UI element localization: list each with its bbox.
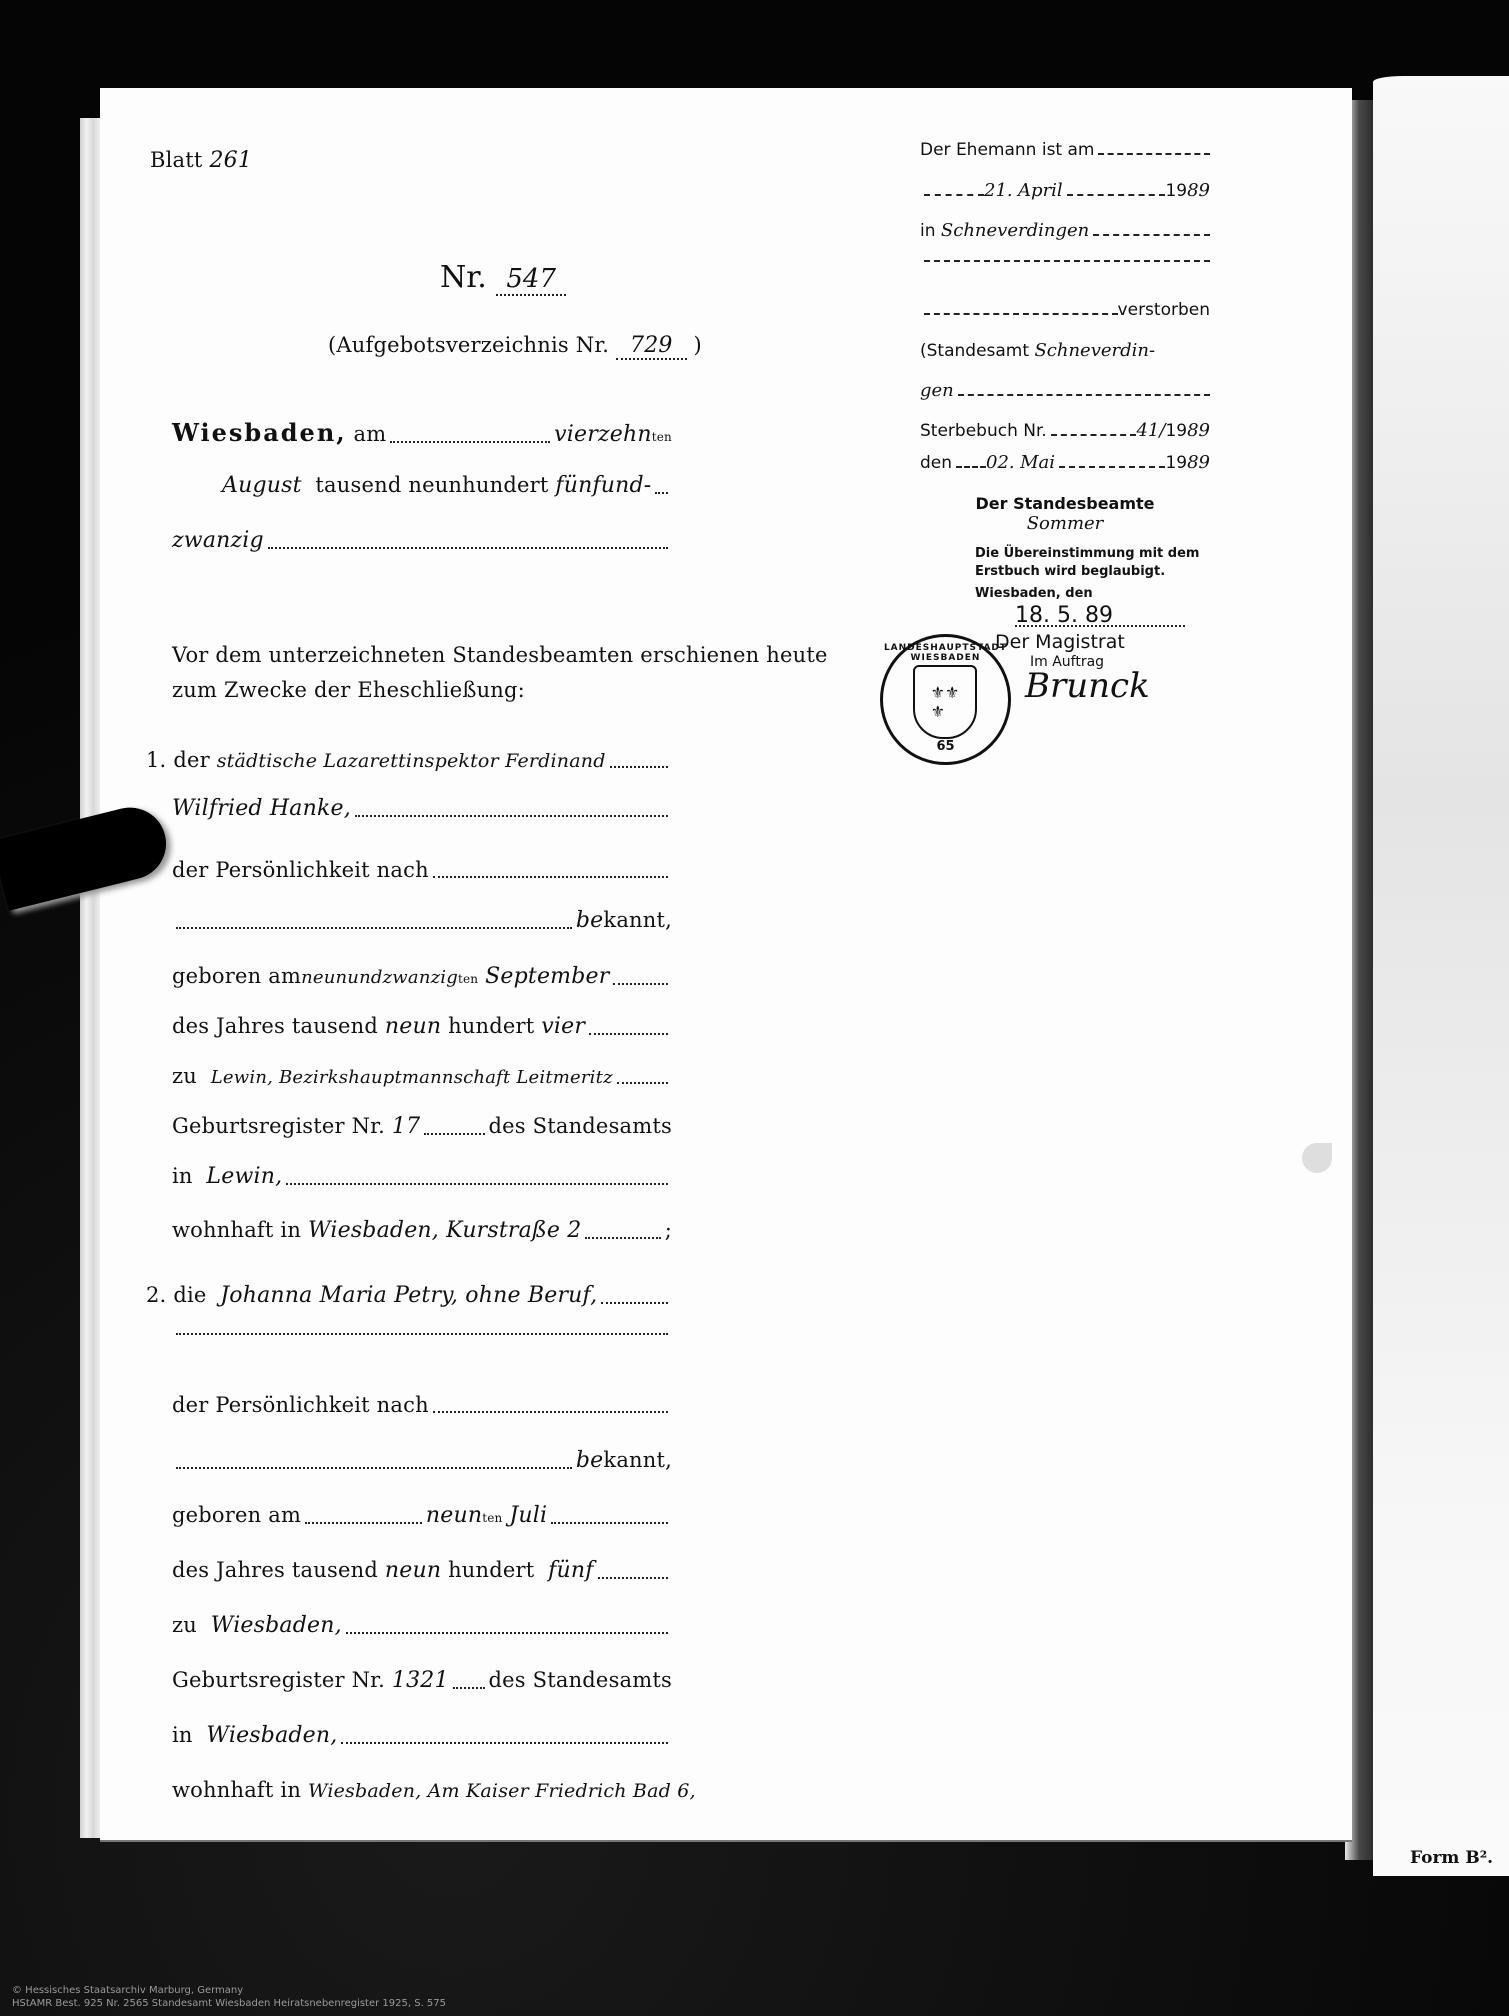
annotation-place-line: in Schneverdingen bbox=[920, 220, 1210, 260]
dotted-line bbox=[655, 492, 668, 494]
bride-number: 2. bbox=[146, 1283, 166, 1307]
dotted-line bbox=[433, 876, 668, 878]
year-prefix: 19 bbox=[1165, 181, 1187, 201]
year-value: vier bbox=[541, 1014, 585, 1039]
aufgebot-prefix: (Aufgebotsverzeichnis Nr. bbox=[328, 333, 609, 357]
dotted-line bbox=[453, 1687, 485, 1689]
blatt-line: Blatt 261 bbox=[150, 148, 252, 173]
groom-known-line: be kannt, bbox=[172, 908, 672, 933]
groom-personality-line: der Persönlichkeit nach bbox=[172, 858, 672, 882]
dotted-line bbox=[1059, 466, 1165, 468]
date-line-1: Wiesbaden, am vierzehn ten bbox=[172, 418, 672, 447]
ten-suffix: ten bbox=[458, 972, 478, 986]
bride-year-line: des Jahres tausend neun hundert fünf bbox=[172, 1558, 672, 1583]
archive-footer: © Hessisches Staatsarchiv Marburg, Germa… bbox=[12, 1984, 446, 2010]
facing-page bbox=[1373, 76, 1509, 1876]
official-title: Der Standesbeamte bbox=[920, 494, 1210, 513]
bride-office-line: in Wiesbaden, bbox=[172, 1723, 672, 1748]
office-place: Lewin, bbox=[206, 1164, 282, 1189]
annotation-den-line: den 02. Mai 1989 bbox=[920, 452, 1210, 486]
intro-line-2: zum Zwecke der Eheschließung: bbox=[172, 678, 525, 702]
death-month: April bbox=[1018, 180, 1063, 201]
bride-line-2 bbox=[172, 1333, 672, 1339]
sterbebuch-year: 89 bbox=[1187, 420, 1210, 441]
dotted-line bbox=[589, 1033, 668, 1035]
ten-suffix: ten bbox=[652, 430, 672, 444]
dotted-line bbox=[176, 927, 572, 929]
official-signature: Sommer bbox=[920, 513, 1210, 534]
dotted-line bbox=[1067, 194, 1166, 196]
year-prefix: 19 bbox=[1165, 421, 1187, 441]
personality-label: der Persönlichkeit nach bbox=[172, 1393, 429, 1417]
groom-line-2: Wilfried Hanke, bbox=[172, 796, 672, 821]
birthplace: Lewin, Bezirkshauptmannschaft Leitmeritz bbox=[211, 1067, 613, 1088]
certification-line-3: Wiesbaden, den bbox=[975, 585, 1205, 603]
day-written: vierzehn bbox=[554, 422, 652, 447]
certification-date: 18. 5. 89 bbox=[1015, 607, 1185, 627]
leaf-stain bbox=[1302, 1143, 1332, 1173]
bride-birthplace-line: zu Wiesbaden, bbox=[172, 1613, 672, 1638]
note-day: 02. bbox=[986, 452, 1015, 473]
dotted-line bbox=[176, 1333, 668, 1335]
groom-description-2: Wilfried Hanke, bbox=[172, 796, 351, 821]
certification-block: Die Übereinstimmung mit dem Erstbuch wir… bbox=[975, 545, 1205, 695]
register-label: Geburtsregister Nr. bbox=[172, 1668, 385, 1692]
place-name: Wiesbaden, bbox=[172, 418, 347, 447]
born-label: geboren am bbox=[172, 1503, 301, 1527]
intro-line-1: Vor dem unterzeichneten Standesbeamten e… bbox=[172, 643, 828, 667]
copyright-line: © Hessisches Staatsarchiv Marburg, Germa… bbox=[12, 1984, 446, 1997]
date-line-2: August tausend neunhundert fünfund- bbox=[172, 473, 672, 498]
annotation-office-line: (Standesamt Schneverdin- bbox=[920, 340, 1210, 380]
personality-label: der Persönlichkeit nach bbox=[172, 858, 429, 882]
aufgebot-line: (Aufgebotsverzeichnis Nr. 729 ) bbox=[328, 333, 702, 360]
birthplace: Wiesbaden, bbox=[211, 1613, 342, 1638]
known-prefix: be bbox=[576, 1448, 604, 1473]
dotted-line bbox=[956, 466, 986, 468]
death-day: 21. bbox=[984, 180, 1013, 201]
dotted-line bbox=[355, 815, 668, 817]
month-written: August bbox=[222, 473, 302, 498]
bride-article: die bbox=[173, 1283, 206, 1307]
residence-label: wohnhaft in bbox=[172, 1218, 301, 1242]
register-value: 17 bbox=[392, 1114, 420, 1139]
office-prefix: (Standesamt bbox=[920, 341, 1029, 361]
dotted-line bbox=[958, 394, 1210, 396]
lily-shield-icon: ⚜⚜⚜ bbox=[913, 665, 977, 739]
seal-number: 65 bbox=[883, 739, 1008, 754]
born-day: neun bbox=[426, 1503, 482, 1528]
aufgebot-number: 729 bbox=[616, 333, 687, 360]
zu-label: zu bbox=[172, 1613, 197, 1637]
office-place-2: gen bbox=[920, 380, 954, 401]
year-written-1: fünfund- bbox=[555, 473, 651, 498]
groom-birthplace-line: zu Lewin, Bezirkshauptmannschaft Leitmer… bbox=[172, 1064, 672, 1088]
dotted-line bbox=[610, 766, 668, 768]
dotted-line bbox=[924, 313, 1118, 315]
nr-label: Nr. bbox=[440, 260, 487, 295]
date-line-3: zwanzig bbox=[172, 528, 672, 553]
year-label-1: des Jahres tausend bbox=[172, 1014, 378, 1038]
annotation-sterbebuch-line: Sterbebuch Nr. 41/1989 bbox=[920, 420, 1210, 452]
groom-number: 1. bbox=[146, 748, 166, 772]
dotted-line bbox=[924, 194, 984, 196]
year-label-2: hundert bbox=[448, 1558, 534, 1582]
bride-known-line: be kannt, bbox=[172, 1448, 672, 1473]
dotted-line bbox=[346, 1632, 668, 1634]
year-label-2: hundert bbox=[448, 1014, 534, 1038]
office-place: Wiesbaden, bbox=[206, 1723, 337, 1748]
blatt-value: 261 bbox=[209, 148, 252, 173]
known-label: kannt, bbox=[603, 1448, 672, 1472]
authority: Der Magistrat bbox=[995, 633, 1205, 651]
blatt-label: Blatt bbox=[150, 148, 203, 172]
office-label: des Standesamts bbox=[489, 1114, 673, 1138]
born-month: September bbox=[485, 964, 609, 989]
dotted-line bbox=[341, 1742, 668, 1744]
known-label: kannt, bbox=[603, 908, 672, 932]
year-label-1: des Jahres tausend bbox=[172, 1558, 378, 1582]
entry-number-line: Nr. 547 bbox=[440, 260, 566, 296]
note-month: Mai bbox=[1020, 452, 1055, 473]
certification-line-2: Erstbuch wird beglaubigt. bbox=[975, 563, 1205, 581]
annotation-verstorben-line: verstorben bbox=[920, 300, 1210, 340]
in-label: in bbox=[920, 221, 936, 241]
register-label: Geburtsregister Nr. bbox=[172, 1114, 385, 1138]
groom-year-line: des Jahres tausend neun hundert vier bbox=[172, 1014, 672, 1039]
dotted-line bbox=[305, 1522, 422, 1524]
den-label: den bbox=[920, 453, 952, 473]
annotation-heading: Der Ehemann ist am bbox=[920, 140, 1094, 160]
dotted-line bbox=[1051, 434, 1137, 436]
residence-end: ; bbox=[665, 1218, 672, 1242]
dotted-line bbox=[1093, 234, 1210, 236]
sterbebuch-label: Sterbebuch Nr. bbox=[920, 421, 1047, 441]
death-place: Schneverdingen bbox=[941, 220, 1089, 241]
dotted-line bbox=[585, 1237, 660, 1239]
bride-residence-line: wohnhaft in Wiesbaden, Am Kaiser Friedri… bbox=[172, 1778, 672, 1802]
groom-register-line: Geburtsregister Nr. 17 des Standesamts bbox=[172, 1114, 672, 1139]
annotation-office-line-2: gen bbox=[920, 380, 1210, 420]
dotted-line bbox=[390, 441, 550, 443]
city-seal: LANDESHAUPTSTADT WIESBADEN ⚜⚜⚜ 65 bbox=[880, 634, 1011, 765]
born-label: geboren am bbox=[172, 964, 301, 988]
bride-personality-line: der Persönlichkeit nach bbox=[172, 1393, 672, 1417]
born-month: Juli bbox=[509, 1503, 547, 1528]
certification-line-1: Die Übereinstimmung mit dem bbox=[975, 545, 1205, 563]
zu-label: zu bbox=[172, 1064, 197, 1088]
annotation-date-line: 21. April 1989 bbox=[920, 180, 1210, 220]
magistrate-signature: Brunck bbox=[1025, 677, 1205, 695]
in-label: in bbox=[172, 1164, 193, 1188]
year-hundreds: neun bbox=[385, 1558, 441, 1583]
residence: Wiesbaden, Kurstraße 2 bbox=[308, 1218, 582, 1243]
year-hundreds: neun bbox=[385, 1014, 441, 1039]
bride-line-1: 2. die Johanna Maria Petry, ohne Beruf, bbox=[146, 1283, 672, 1308]
year-written-2: zwanzig bbox=[172, 528, 264, 553]
register-value: 1321 bbox=[392, 1668, 449, 1693]
year-value: fünf bbox=[548, 1558, 593, 1583]
sterbebuch-value: 41/ bbox=[1136, 420, 1165, 441]
dotted-line bbox=[433, 1411, 668, 1413]
groom-line-1: 1. der städtische Lazarettinspektor Ferd… bbox=[146, 748, 672, 772]
form-label: Form B². bbox=[1410, 1848, 1493, 1868]
year-text: tausend neunhundert bbox=[315, 473, 548, 497]
dotted-line bbox=[1098, 153, 1210, 155]
in-label: in bbox=[172, 1723, 193, 1747]
dotted-line bbox=[286, 1183, 668, 1185]
office-label: des Standesamts bbox=[489, 1668, 673, 1692]
death-year: 89 bbox=[1187, 180, 1210, 201]
ten-suffix: ten bbox=[482, 1511, 502, 1525]
groom-office-line: in Lewin, bbox=[172, 1164, 672, 1189]
aufgebot-suffix: ) bbox=[694, 333, 702, 357]
archive-reference: HStAMR Best. 925 Nr. 2565 Standesamt Wie… bbox=[12, 1997, 446, 2010]
bride-register-line: Geburtsregister Nr. 1321 des Standesamts bbox=[172, 1668, 672, 1693]
groom-article: der bbox=[173, 748, 210, 772]
entry-number: 547 bbox=[496, 264, 566, 296]
born-day: neunundzwanzig bbox=[301, 967, 458, 988]
groom-born-line: geboren am neunundzwanzig ten September bbox=[172, 964, 672, 989]
note-year: 89 bbox=[1187, 452, 1210, 473]
residence-label: wohnhaft in bbox=[172, 1778, 301, 1802]
dotted-line bbox=[176, 1467, 572, 1469]
annotation-blank-line bbox=[920, 260, 1210, 300]
dotted-line bbox=[551, 1522, 668, 1524]
groom-description-1: städtische Lazarettinspektor Ferdinand bbox=[217, 750, 606, 772]
bride-description-1: Johanna Maria Petry, ohne Beruf, bbox=[220, 1283, 597, 1308]
death-annotation: Der Ehemann ist am 21. April 1989 in Sch… bbox=[920, 140, 1210, 534]
dotted-line bbox=[424, 1133, 484, 1135]
dotted-line bbox=[617, 1082, 668, 1084]
groom-residence-line: wohnhaft in Wiesbaden, Kurstraße 2 ; bbox=[172, 1218, 672, 1243]
am-label: am bbox=[354, 422, 387, 446]
residence: Wiesbaden, Am Kaiser Friedrich Bad 6, bbox=[308, 1780, 696, 1802]
verstorben-label: verstorben bbox=[1118, 300, 1210, 320]
dotted-line bbox=[601, 1302, 668, 1304]
known-prefix: be bbox=[576, 908, 604, 933]
seal-text: LANDESHAUPTSTADT WIESBADEN bbox=[883, 643, 1008, 663]
page-stack-edge bbox=[80, 118, 102, 1838]
dotted-line bbox=[924, 260, 1210, 262]
bride-born-line: geboren am neun ten Juli bbox=[172, 1503, 672, 1528]
office-place-1: Schneverdin- bbox=[1034, 340, 1155, 361]
annotation-line: Der Ehemann ist am bbox=[920, 140, 1210, 180]
year-prefix: 19 bbox=[1165, 453, 1187, 473]
dotted-line bbox=[613, 983, 668, 985]
dotted-line bbox=[268, 547, 668, 549]
dotted-line bbox=[598, 1577, 668, 1579]
